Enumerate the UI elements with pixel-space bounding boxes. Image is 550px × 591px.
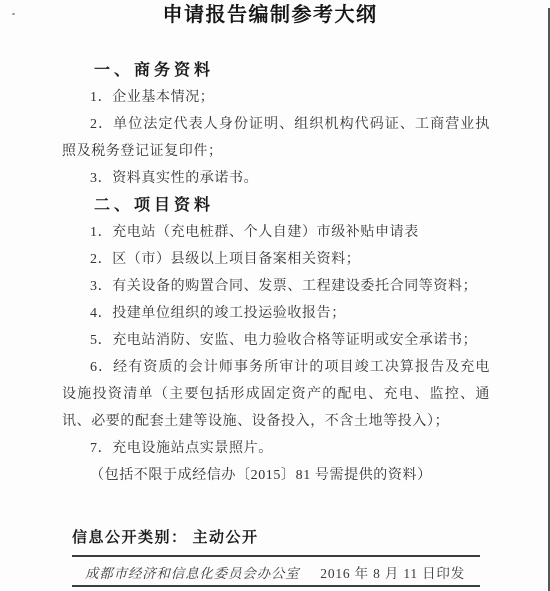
disclosure-line: 信息公开类别：主动公开 <box>72 529 259 547</box>
section-2-item-1: 1．充电站（充电桩群、个人自建）市级补贴申请表 <box>62 219 490 246</box>
scanned-document-page: 申请报告编制参考大纲 一、商务资料 1．企业基本情况； 2．单位法定代表人身份证… <box>0 0 550 591</box>
issuer-row: 成都市经济和信息化委员会办公室 2016 年 8 月 11 日印发 <box>72 560 480 584</box>
section-1-item-3: 3．资料真实性的承诺书。 <box>62 165 490 192</box>
section-2-heading: 二、项目资料 <box>62 192 490 219</box>
disclosure-label: 信息公开类别： <box>72 529 188 546</box>
section-2-item-3: 3．有关设备的购置合同、发票、工程建设委托合同等资料； <box>62 273 490 300</box>
disclosure-value: 主动公开 <box>193 529 259 546</box>
section-1-item-1: 1．企业基本情况； <box>62 84 490 111</box>
print-date: 2016 年 8 月 11 日印发 <box>320 562 465 582</box>
section-2-item-4: 4．投建单位组织的竣工投运验收报告； <box>62 300 490 327</box>
section-1-item-2: 2．单位法定代表人身份证明、组织机构代码证、工商营业执照及税务登记证复印件； <box>62 111 490 165</box>
section-1-heading: 一、商务资料 <box>62 57 490 84</box>
issuing-office: 成都市经济和信息化委员会办公室 <box>85 562 300 582</box>
page-title: 申请报告编制参考大纲 <box>0 3 540 27</box>
footer-divider-top <box>72 555 480 557</box>
section-2-item-2: 2．区（市）县级以上项目备案相关资料； <box>62 246 490 273</box>
note-line: （包括不限于成经信办〔2015〕81 号需提供的资料） <box>62 462 490 489</box>
section-2-item-5: 5．充电站消防、安监、电力验收合格等证明或安全承诺书； <box>62 327 490 354</box>
document-body: 一、商务资料 1．企业基本情况； 2．单位法定代表人身份证明、组织机构代码证、工… <box>62 57 490 489</box>
footer-divider-bottom <box>72 585 480 587</box>
section-2-item-7: 7．充电设施站点实景照片。 <box>62 435 490 462</box>
section-2-item-6: 6．经有资质的会计师事务所审计的项目竣工决算报告及充电设施投资清单（主要包括形成… <box>62 354 490 435</box>
